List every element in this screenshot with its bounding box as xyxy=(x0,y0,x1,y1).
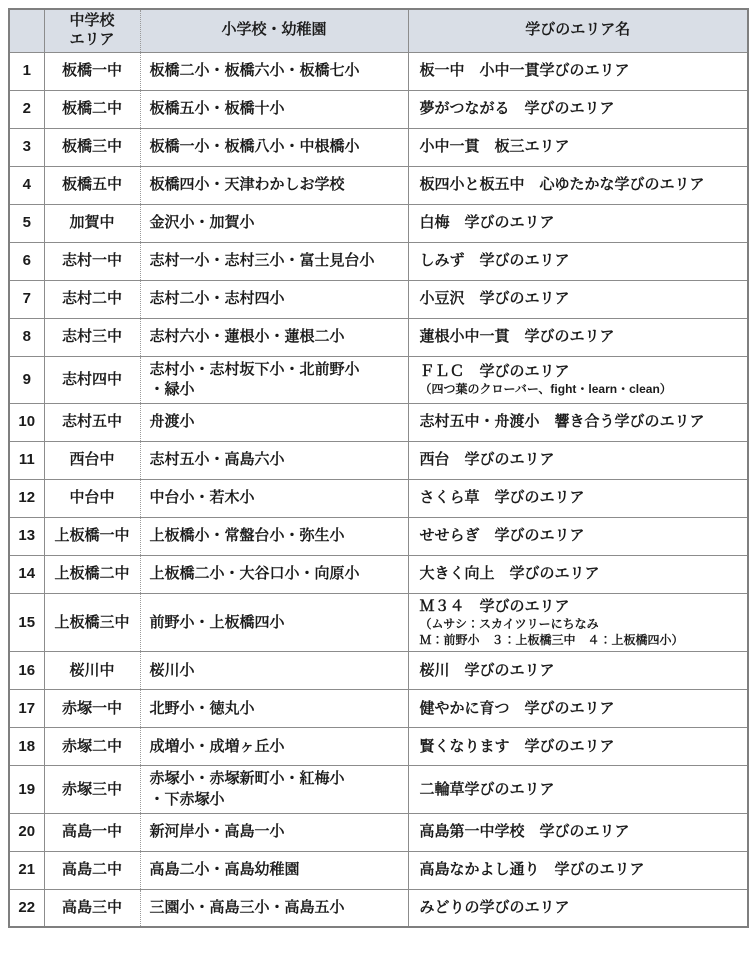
table-row: 13 上板橋一中 上板橋小・常盤台小・弥生小 せせらぎ 学びのエリア xyxy=(9,518,748,556)
row-number: 5 xyxy=(9,204,44,242)
row-number: 8 xyxy=(9,318,44,356)
area-name-main: 高島なかよし通り 学びのエリア xyxy=(420,860,742,880)
elementary-schools: 上板橋小・常盤台小・弥生小 xyxy=(140,518,408,556)
elementary-schools: 前野小・上板橋四小 xyxy=(140,594,408,652)
learning-area-name: 板四小と板五中 心ゆたかな学びのエリア xyxy=(408,166,748,204)
area-name-main: 板一中 小中一貫学びのエリア xyxy=(420,61,742,81)
area-name-main: みどりの学びのエリア xyxy=(420,898,742,918)
header-elementary-school: 小学校・幼稚園 xyxy=(140,9,408,52)
area-name-note: （四つ葉のクローバー、fight・learn・clean） xyxy=(420,382,742,398)
jhs-name: 板橋一中 xyxy=(44,52,140,90)
learning-area-name: 志村五中・舟渡小 響き合う学びのエリア xyxy=(408,404,748,442)
jhs-name: 赤塚三中 xyxy=(44,766,140,814)
area-name-main: 板四小と板五中 心ゆたかな学びのエリア xyxy=(420,175,742,195)
jhs-name: 板橋五中 xyxy=(44,166,140,204)
elementary-schools: 志村二小・志村四小 xyxy=(140,280,408,318)
jhs-name: 志村三中 xyxy=(44,318,140,356)
row-number: 14 xyxy=(9,556,44,594)
area-name-main: 大きく向上 学びのエリア xyxy=(420,564,742,584)
table-row: 12 中台中 中台小・若木小 さくら草 学びのエリア xyxy=(9,480,748,518)
learning-area-name: 夢がつながる 学びのエリア xyxy=(408,90,748,128)
learning-area-name: せせらぎ 学びのエリア xyxy=(408,518,748,556)
row-number: 15 xyxy=(9,594,44,652)
area-name-main: 小豆沢 学びのエリア xyxy=(420,289,742,309)
elementary-schools: 金沢小・加賀小 xyxy=(140,204,408,242)
jhs-name: 加賀中 xyxy=(44,204,140,242)
learning-area-name: 健やかに育つ 学びのエリア xyxy=(408,690,748,728)
elementary-schools: 桜川小 xyxy=(140,652,408,690)
row-number: 20 xyxy=(9,813,44,851)
learning-area-name: さくら草 学びのエリア xyxy=(408,480,748,518)
elementary-schools: 中台小・若木小 xyxy=(140,480,408,518)
area-name-main: せせらぎ 学びのエリア xyxy=(420,526,742,546)
area-name-main: 高島第一中学校 学びのエリア xyxy=(420,822,742,842)
table-row: 22 高島三中 三園小・高島三小・高島五小 みどりの学びのエリア xyxy=(9,889,748,927)
learning-area-name: 高島第一中学校 学びのエリア xyxy=(408,813,748,851)
jhs-name: 志村四中 xyxy=(44,356,140,404)
area-name-main: 夢がつながる 学びのエリア xyxy=(420,99,742,119)
header-row: 中学校 エリア 小学校・幼稚園 学びのエリア名 xyxy=(9,9,748,52)
jhs-name: 板橋三中 xyxy=(44,128,140,166)
elementary-schools: 志村五小・高島六小 xyxy=(140,442,408,480)
area-name-main: 西台 学びのエリア xyxy=(420,450,742,470)
row-number: 13 xyxy=(9,518,44,556)
jhs-name: 赤塚一中 xyxy=(44,690,140,728)
row-number: 6 xyxy=(9,242,44,280)
learning-area-name: 西台 学びのエリア xyxy=(408,442,748,480)
jhs-name: 上板橋三中 xyxy=(44,594,140,652)
row-number: 10 xyxy=(9,404,44,442)
table-row: 9 志村四中 志村小・志村坂下小・北前野小 ・緑小 ＦＬＣ 学びのエリア （四つ… xyxy=(9,356,748,404)
page: 中学校 エリア 小学校・幼稚園 学びのエリア名 1 板橋一中 板橋二小・板橋六小… xyxy=(0,0,755,970)
row-number: 18 xyxy=(9,728,44,766)
row-number: 21 xyxy=(9,851,44,889)
area-name-main: しみず 学びのエリア xyxy=(420,251,742,271)
area-name-main: 桜川 学びのエリア xyxy=(420,661,742,681)
table-row: 14 上板橋二中 上板橋二小・大谷口小・向原小 大きく向上 学びのエリア xyxy=(9,556,748,594)
area-name-main: Ｍ３４ 学びのエリア xyxy=(420,597,742,617)
jhs-name: 志村一中 xyxy=(44,242,140,280)
header-jhs-area: 中学校 エリア xyxy=(44,9,140,52)
area-name-main: 小中一貫 板三エリア xyxy=(420,137,742,157)
learning-area-name: 桜川 学びのエリア xyxy=(408,652,748,690)
row-number: 22 xyxy=(9,889,44,927)
elementary-schools: 板橋一小・板橋八小・中根橋小 xyxy=(140,128,408,166)
jhs-name: 高島二中 xyxy=(44,851,140,889)
row-number: 3 xyxy=(9,128,44,166)
area-name-main: 志村五中・舟渡小 響き合う学びのエリア xyxy=(420,412,742,432)
jhs-name: 西台中 xyxy=(44,442,140,480)
elementary-schools: 赤塚小・赤塚新町小・紅梅小 ・下赤塚小 xyxy=(140,766,408,814)
jhs-name: 赤塚二中 xyxy=(44,728,140,766)
table-row: 4 板橋五中 板橋四小・天津わかしお学校 板四小と板五中 心ゆたかな学びのエリア xyxy=(9,166,748,204)
jhs-name: 上板橋一中 xyxy=(44,518,140,556)
table-row: 1 板橋一中 板橋二小・板橋六小・板橋七小 板一中 小中一貫学びのエリア xyxy=(9,52,748,90)
learning-area-name: 高島なかよし通り 学びのエリア xyxy=(408,851,748,889)
elementary-schools: 成増小・成増ヶ丘小 xyxy=(140,728,408,766)
area-name-main: さくら草 学びのエリア xyxy=(420,488,742,508)
table-body: 1 板橋一中 板橋二小・板橋六小・板橋七小 板一中 小中一貫学びのエリア 2 板… xyxy=(9,52,748,927)
learning-area-name: 小中一貫 板三エリア xyxy=(408,128,748,166)
row-number: 17 xyxy=(9,690,44,728)
table-row: 2 板橋二中 板橋五小・板橋十小 夢がつながる 学びのエリア xyxy=(9,90,748,128)
elementary-schools: 新河岸小・高島一小 xyxy=(140,813,408,851)
learning-area-name: 白梅 学びのエリア xyxy=(408,204,748,242)
row-number: 12 xyxy=(9,480,44,518)
learning-area-name: 賢くなります 学びのエリア xyxy=(408,728,748,766)
header-number-blank xyxy=(9,9,44,52)
row-number: 4 xyxy=(9,166,44,204)
table-row: 10 志村五中 舟渡小 志村五中・舟渡小 響き合う学びのエリア xyxy=(9,404,748,442)
row-number: 2 xyxy=(9,90,44,128)
jhs-name: 志村二中 xyxy=(44,280,140,318)
elementary-schools: 三園小・高島三小・高島五小 xyxy=(140,889,408,927)
jhs-name: 上板橋二中 xyxy=(44,556,140,594)
table-row: 15 上板橋三中 前野小・上板橋四小 Ｍ３４ 学びのエリア （ムサシ：スカイツリ… xyxy=(9,594,748,652)
elementary-schools: 志村一小・志村三小・富士見台小 xyxy=(140,242,408,280)
learning-area-name: 大きく向上 学びのエリア xyxy=(408,556,748,594)
row-number: 7 xyxy=(9,280,44,318)
elementary-schools: 板橋二小・板橋六小・板橋七小 xyxy=(140,52,408,90)
table-row: 17 赤塚一中 北野小・徳丸小 健やかに育つ 学びのエリア xyxy=(9,690,748,728)
table-row: 20 高島一中 新河岸小・高島一小 高島第一中学校 学びのエリア xyxy=(9,813,748,851)
jhs-name: 桜川中 xyxy=(44,652,140,690)
learning-area-name: 板一中 小中一貫学びのエリア xyxy=(408,52,748,90)
area-name-main: 賢くなります 学びのエリア xyxy=(420,737,742,757)
row-number: 1 xyxy=(9,52,44,90)
table-row: 19 赤塚三中 赤塚小・赤塚新町小・紅梅小 ・下赤塚小 二輪草学びのエリア xyxy=(9,766,748,814)
jhs-name: 志村五中 xyxy=(44,404,140,442)
header-learning-area: 学びのエリア名 xyxy=(408,9,748,52)
table-header: 中学校 エリア 小学校・幼稚園 学びのエリア名 xyxy=(9,9,748,52)
area-name-main: 蓮根小中一貫 学びのエリア xyxy=(420,327,742,347)
table-row: 6 志村一中 志村一小・志村三小・富士見台小 しみず 学びのエリア xyxy=(9,242,748,280)
table-row: 18 赤塚二中 成増小・成増ヶ丘小 賢くなります 学びのエリア xyxy=(9,728,748,766)
area-name-main: ＦＬＣ 学びのエリア xyxy=(420,362,742,382)
row-number: 19 xyxy=(9,766,44,814)
table-row: 21 高島二中 高島二小・高島幼稚園 高島なかよし通り 学びのエリア xyxy=(9,851,748,889)
row-number: 16 xyxy=(9,652,44,690)
elementary-schools: 志村六小・蓮根小・蓮根二小 xyxy=(140,318,408,356)
learning-area-name: みどりの学びのエリア xyxy=(408,889,748,927)
table-row: 5 加賀中 金沢小・加賀小 白梅 学びのエリア xyxy=(9,204,748,242)
table-row: 7 志村二中 志村二小・志村四小 小豆沢 学びのエリア xyxy=(9,280,748,318)
elementary-schools: 高島二小・高島幼稚園 xyxy=(140,851,408,889)
elementary-schools: 志村小・志村坂下小・北前野小 ・緑小 xyxy=(140,356,408,404)
table-row: 8 志村三中 志村六小・蓮根小・蓮根二小 蓮根小中一貫 学びのエリア xyxy=(9,318,748,356)
elementary-schools: 舟渡小 xyxy=(140,404,408,442)
school-area-table: 中学校 エリア 小学校・幼稚園 学びのエリア名 1 板橋一中 板橋二小・板橋六小… xyxy=(8,8,749,928)
elementary-schools: 板橋四小・天津わかしお学校 xyxy=(140,166,408,204)
jhs-name: 高島三中 xyxy=(44,889,140,927)
jhs-name: 中台中 xyxy=(44,480,140,518)
row-number: 9 xyxy=(9,356,44,404)
area-name-main: 白梅 学びのエリア xyxy=(420,213,742,233)
area-name-main: 健やかに育つ 学びのエリア xyxy=(420,699,742,719)
table-row: 3 板橋三中 板橋一小・板橋八小・中根橋小 小中一貫 板三エリア xyxy=(9,128,748,166)
row-number: 11 xyxy=(9,442,44,480)
elementary-schools: 上板橋二小・大谷口小・向原小 xyxy=(140,556,408,594)
area-name-note: （ムサシ：スカイツリーにちなみ Ｍ：前野小 ３：上板橋三中 ４：上板橋四小） xyxy=(420,617,742,648)
jhs-name: 板橋二中 xyxy=(44,90,140,128)
learning-area-name: 蓮根小中一貫 学びのエリア xyxy=(408,318,748,356)
jhs-name: 高島一中 xyxy=(44,813,140,851)
table-row: 16 桜川中 桜川小 桜川 学びのエリア xyxy=(9,652,748,690)
elementary-schools: 北野小・徳丸小 xyxy=(140,690,408,728)
learning-area-name: ＦＬＣ 学びのエリア （四つ葉のクローバー、fight・learn・clean） xyxy=(408,356,748,404)
area-name-main: 二輪草学びのエリア xyxy=(420,780,742,800)
learning-area-name: Ｍ３４ 学びのエリア （ムサシ：スカイツリーにちなみ Ｍ：前野小 ３：上板橋三中… xyxy=(408,594,748,652)
learning-area-name: 小豆沢 学びのエリア xyxy=(408,280,748,318)
elementary-schools: 板橋五小・板橋十小 xyxy=(140,90,408,128)
table-row: 11 西台中 志村五小・高島六小 西台 学びのエリア xyxy=(9,442,748,480)
learning-area-name: 二輪草学びのエリア xyxy=(408,766,748,814)
learning-area-name: しみず 学びのエリア xyxy=(408,242,748,280)
